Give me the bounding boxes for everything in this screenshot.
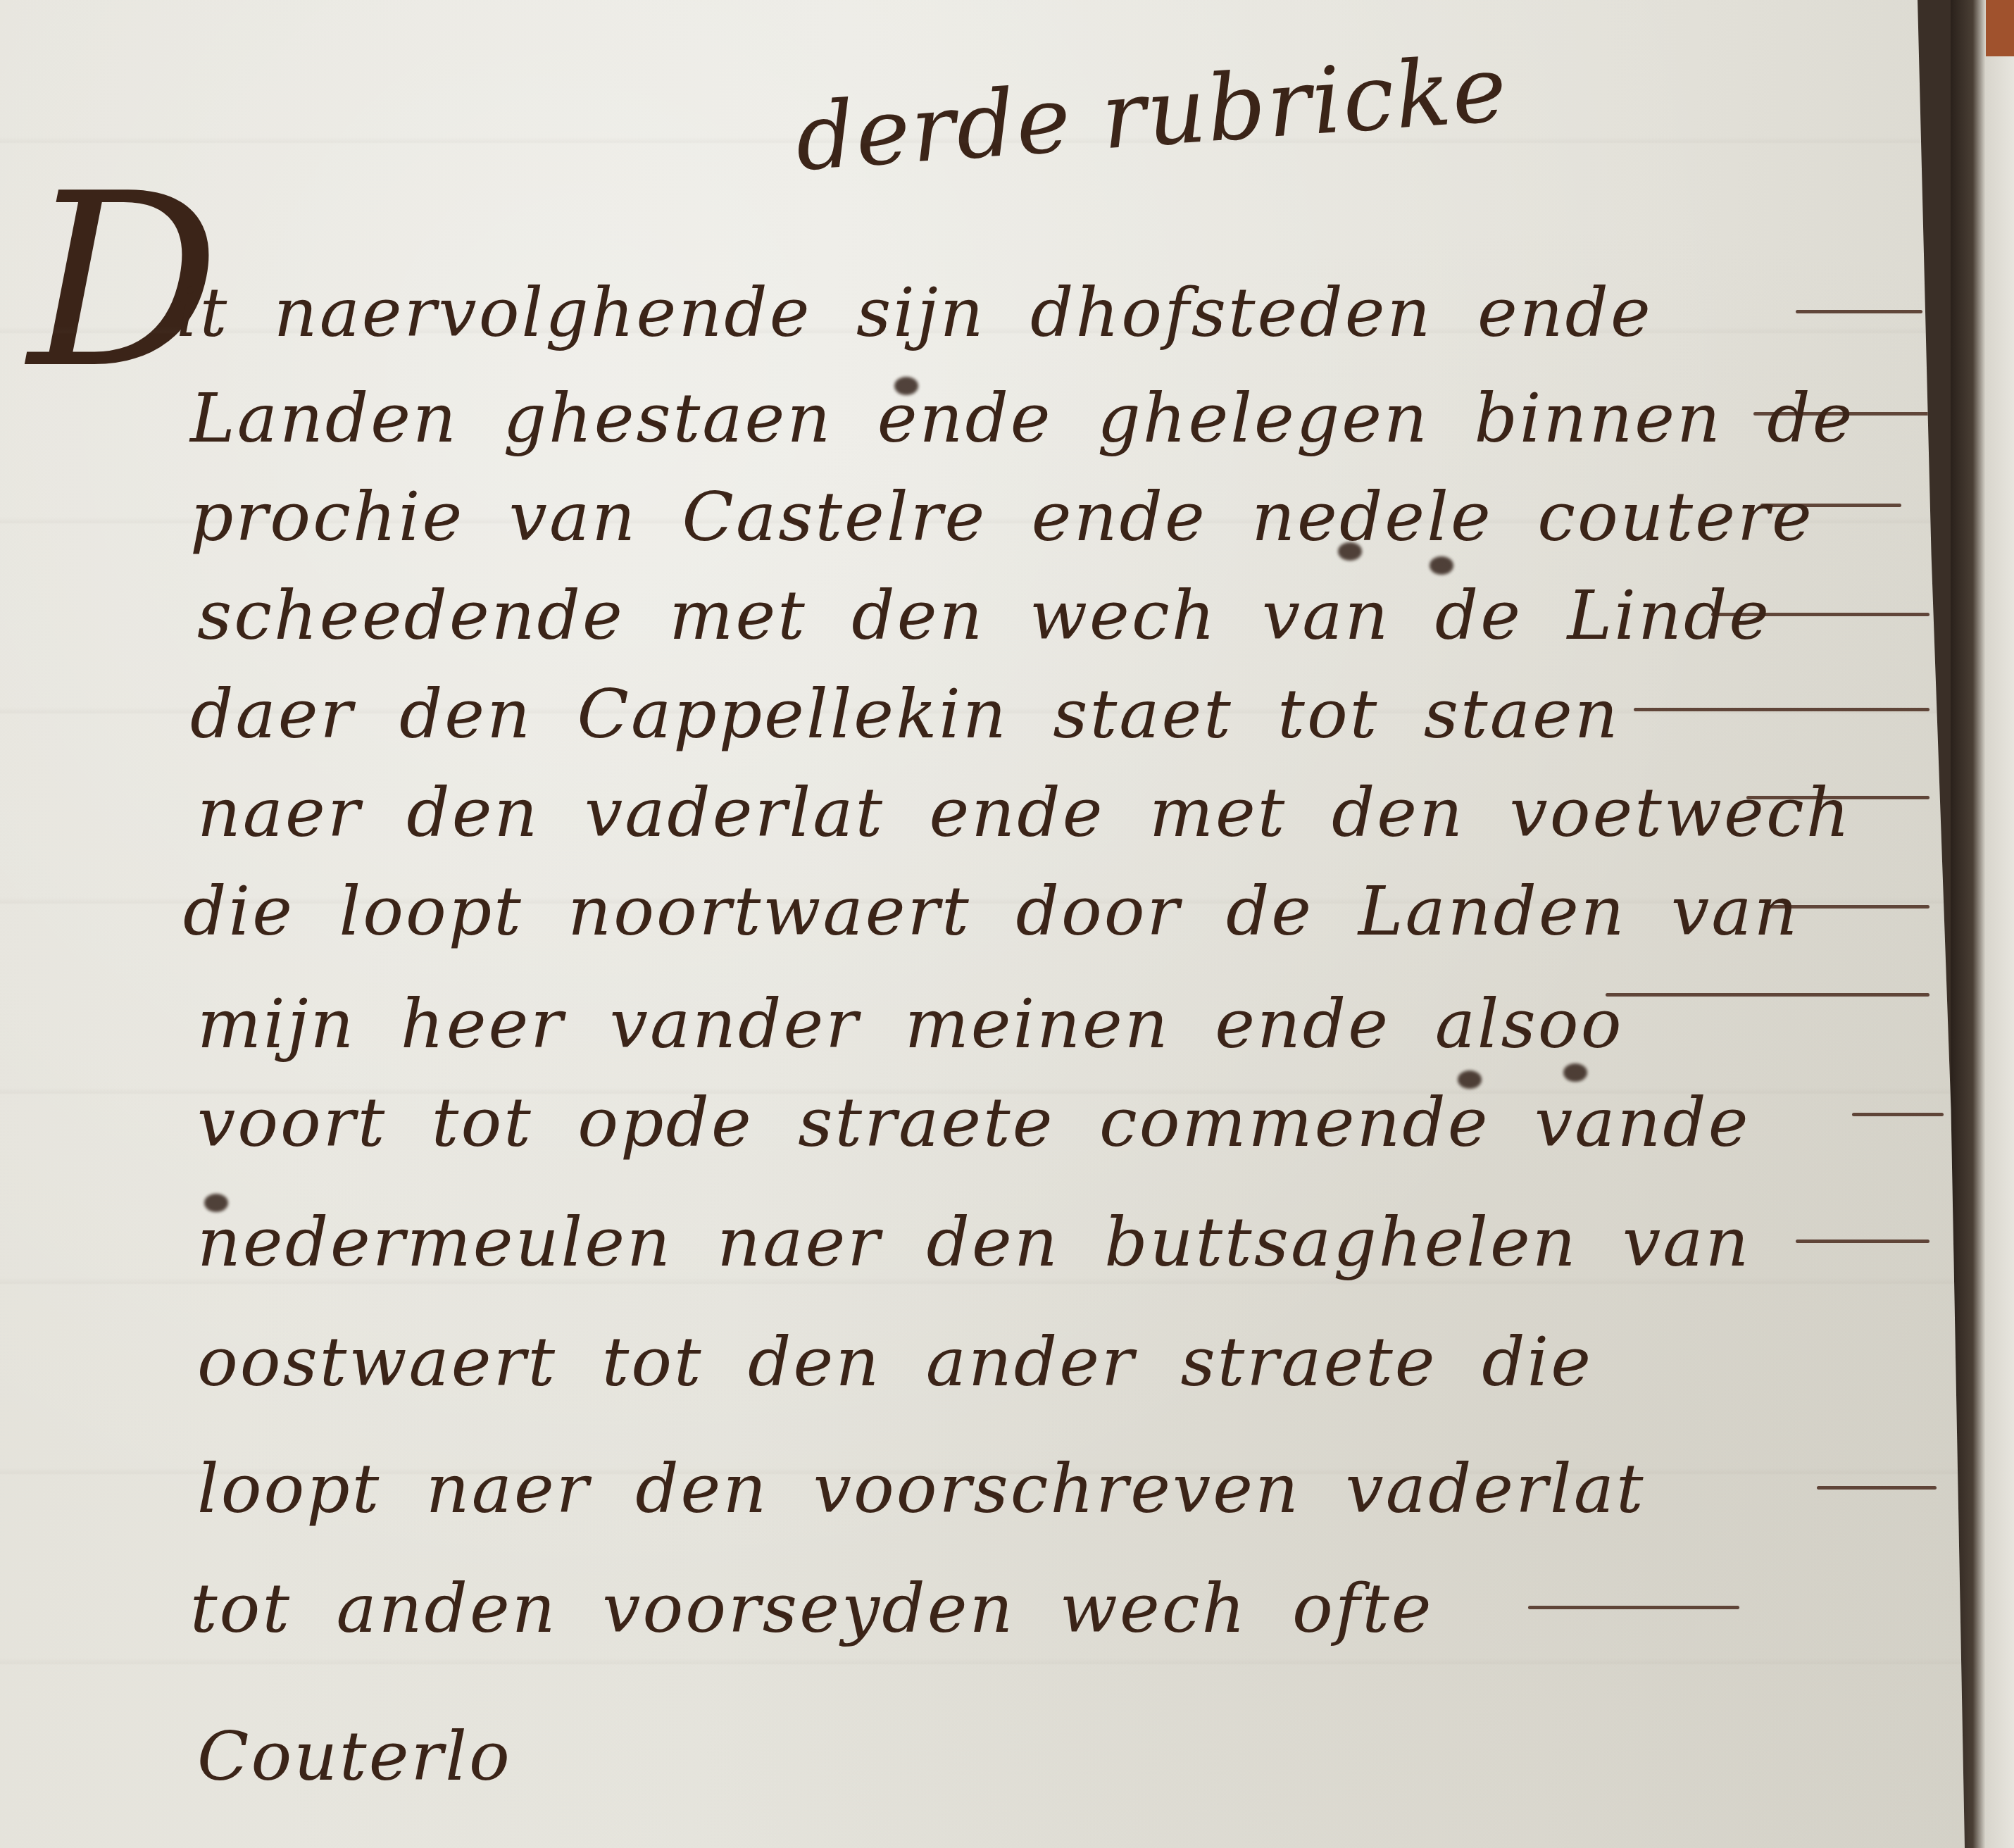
line-fill-stroke [1852, 1113, 1944, 1116]
manuscript-line: tot anden voorseyden wech ofte [190, 1528, 1922, 1648]
line-text: mijn heer vander meinen ende alsoo [197, 985, 1623, 1063]
line-fill-stroke [1817, 1486, 1937, 1490]
line-fill-stroke [1528, 1606, 1739, 1609]
line-fill-stroke [1634, 708, 1929, 711]
manuscript-photo: derde rubricke D it naervolghende sijn d… [0, 0, 2014, 1848]
line-text: daer den Cappellekin staet tot staen [190, 675, 1620, 754]
line-text: Couterlo [197, 1717, 512, 1796]
manuscript-line: oostwaert tot den ander straete die [197, 1282, 1929, 1401]
manuscript-line: nedermeulen naer den buttsaghelen van [197, 1162, 1929, 1282]
manuscript-line: it naervolghende sijn dhofsteden ende [176, 232, 1922, 352]
line-text: oostwaert tot den ander straete die [197, 1323, 1593, 1401]
ink-blot [1563, 1063, 1587, 1082]
ink-blot [1430, 556, 1453, 575]
line-text: voort tot opde straete commende vande [197, 1083, 1751, 1162]
line-text: Landen ghestaen ende ghelegen binnen de [190, 379, 1855, 458]
line-text: nedermeulen naer den buttsaghelen van [197, 1203, 1751, 1282]
line-text: scheedende met den wech van de Linde [197, 576, 1771, 655]
line-text: loopt naer den voorschreven vaderlat [197, 1449, 1646, 1528]
binding-tab [1986, 0, 2014, 56]
manuscript-line: Landen ghestaen ende ghelegen binnen de [190, 338, 1929, 458]
line-text: it naervolghende sijn dhofsteden ende [176, 273, 1653, 352]
page-edge [1951, 0, 2014, 1848]
manuscript-page: derde rubricke D it naervolghende sijn d… [0, 0, 1965, 1848]
line-fill-stroke [1796, 1240, 1929, 1243]
line-fill-stroke [1606, 993, 1929, 997]
manuscript-line: loopt naer den voorschreven vaderlat [197, 1409, 1944, 1528]
line-text: tot anden voorseyden wech ofte [190, 1569, 1434, 1648]
manuscript-line: Couterlo [197, 1676, 1042, 1796]
line-text: naer den vaderlat ende met den voetwech [197, 773, 1852, 852]
line-text: prochie van Castelre ende nedele coutere [190, 477, 1814, 556]
line-text: die loopt noortwaert door de Landen van [183, 872, 1799, 951]
line-fill-stroke [1796, 310, 1922, 313]
section-heading: derde rubricke [792, 35, 1511, 192]
